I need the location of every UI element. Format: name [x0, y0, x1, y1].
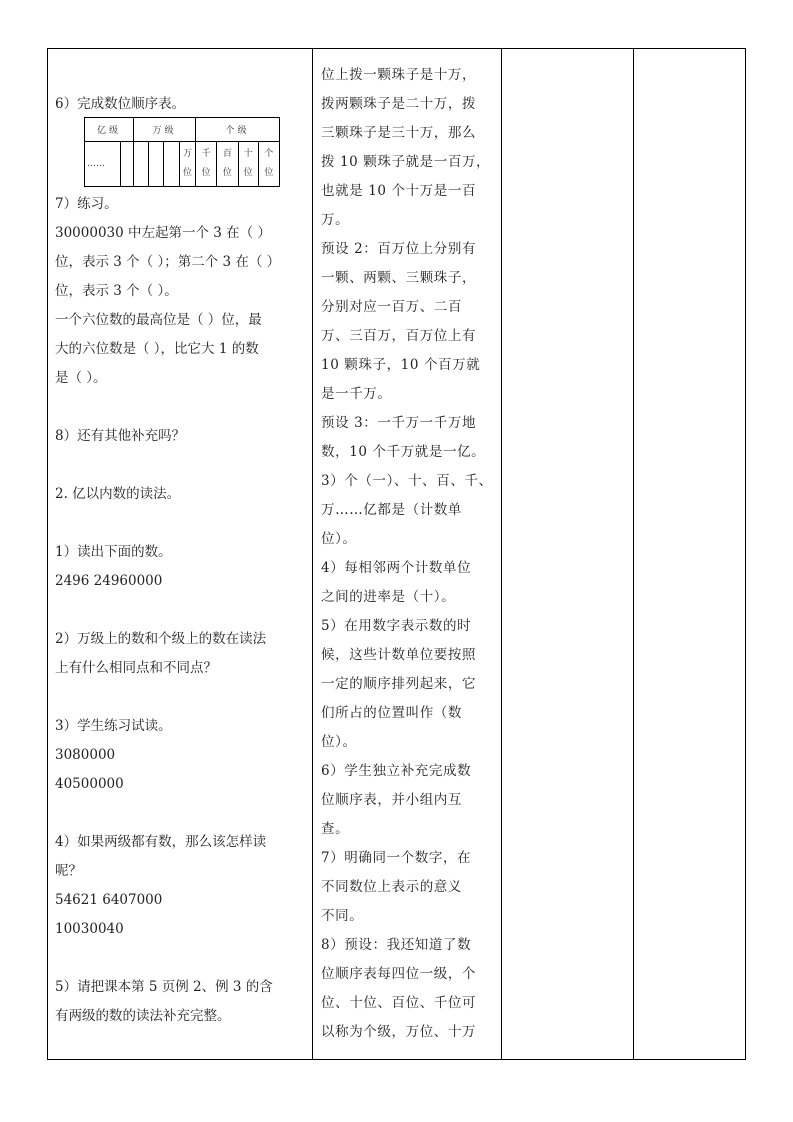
text-line: 4）如果两级都有数，那么该怎样读: [55, 833, 266, 851]
section-heading: 2. 亿以内数的读法。: [55, 485, 180, 503]
text-line: 位）。: [321, 733, 357, 751]
empty-cell: [121, 142, 134, 187]
text-line: 7）明确同一个数字，在: [321, 849, 471, 867]
text-line: 位顺序表每四位一级，个: [321, 965, 476, 983]
text-line: 也就是 10 个十万是一百: [321, 182, 476, 200]
header-wan-ji: 万级: [134, 118, 196, 142]
text-line: 6）完成数位顺序表。: [55, 95, 185, 113]
text-line: 8）还有其他补充吗？: [55, 427, 185, 445]
text-line: 位、十位、百位、千位可: [321, 994, 476, 1012]
text-line: 位顺序表，并小组内互: [321, 791, 462, 809]
text-line: 万、三百万，百万位上有: [321, 327, 476, 345]
design-intent-column: [501, 49, 633, 1059]
text-line: 候，这些计数单位要按照: [321, 646, 476, 664]
teaching-content-column: 6）完成数位顺序表。 亿级 万级 个级 …… 万 位 千 位: [48, 49, 312, 1059]
lesson-plan-table: 6）完成数位顺序表。 亿级 万级 个级 …… 万 位 千 位: [47, 48, 746, 1060]
text-line: 万。: [321, 211, 349, 229]
text-line: 位上拨一颗珠子是十万，: [321, 66, 476, 84]
text-line: 数，10 个千万就是一亿。: [321, 443, 485, 461]
text-line: 2496 24960000: [55, 572, 162, 590]
text-line: 一定的顺序排列起来，它: [321, 675, 476, 693]
text-line: 是（ ）。: [55, 369, 107, 387]
text-line: 3）学生练习试读。: [55, 717, 172, 735]
cell-wan-wei: 万 位: [180, 142, 196, 187]
cell-shi-wei: 十 位: [238, 142, 258, 187]
text-line: 3）个（一）、十、百、千、: [321, 472, 493, 490]
text-line: 位）。: [321, 530, 357, 548]
text-line: 拨 10 颗珠子就是一百万，: [321, 153, 490, 171]
cell-qian-wei: 千 位: [196, 142, 217, 187]
text-line: 54621 6407000: [55, 891, 162, 909]
text-line: 查。: [321, 820, 349, 838]
text-line: 呢？: [55, 862, 82, 880]
text-line: 40500000: [55, 775, 124, 793]
text-line: 位，表示 3 个（ ）；第二个 3 在（ ）: [55, 253, 280, 271]
text-line: 不同。: [321, 907, 363, 925]
empty-cell: [164, 142, 180, 187]
empty-cell: [134, 142, 149, 187]
text-line: 们所占的位置叫作（数: [321, 704, 462, 722]
header-yi-ji: 亿级: [85, 118, 134, 142]
text-line: 2）万级上的数和个级上的数在读法: [55, 630, 266, 648]
text-line: 三颗珠子是三十万，那么: [321, 124, 476, 142]
text-line: 不同数位上表示的意义: [321, 878, 462, 896]
text-line: 位，表示 3 个（ ）。: [55, 282, 178, 300]
text-line: 之间的进率是（十）。: [321, 588, 455, 606]
text-line: 有两级的数的读法补充完整。: [55, 1007, 231, 1025]
empty-cell: [149, 142, 164, 187]
place-value-table: 亿级 万级 个级 …… 万 位 千 位 百: [84, 117, 280, 187]
header-ge-ji: 个级: [196, 118, 280, 142]
cell-bai-wei: 百 位: [217, 142, 238, 187]
cell-ge-wei: 个 位: [258, 142, 279, 187]
text-line: 预设 2：百万位上分别有: [321, 240, 476, 258]
text-line: 一个六位数的最高位是（ ）位，最: [55, 311, 262, 329]
text-line: 10030040: [55, 920, 124, 938]
text-line: 拨两颗珠子是二十万，拨: [321, 95, 476, 113]
text-line: 7）练习。: [55, 195, 118, 213]
text-line: 一颗、两颗、三颗珠子，: [321, 269, 476, 287]
text-line: 5）在用数字表示数的时: [321, 617, 471, 635]
text-line: 分别对应一百万、二百: [321, 298, 462, 316]
text-line: 上有什么相同点和不同点？: [55, 659, 217, 677]
text-line: 大的六位数是（ ），比它大 1 的数: [55, 340, 259, 358]
text-line: 30000030 中左起第一个 3 在（ ）: [55, 224, 271, 242]
text-line: 万……亿都是（计数单: [321, 501, 462, 519]
notes-column: [633, 49, 747, 1059]
text-line: 10 颗珠子，10 个百万就: [321, 356, 480, 374]
text-line: 4）每相邻两个计数单位: [321, 559, 471, 577]
text-line: 以称为个级，万位、十万: [321, 1023, 476, 1041]
text-line: 3080000: [55, 746, 115, 764]
text-line: 6）学生独立补充完成数: [321, 762, 471, 780]
text-line: 是一千万。: [321, 385, 392, 403]
ellipsis-cell: ……: [85, 142, 121, 187]
text-line: 8）预设：我还知道了数: [321, 936, 471, 954]
student-activity-column: 位上拨一颗珠子是十万， 拨两颗珠子是二十万，拨 三颗珠子是三十万，那么 拨 10…: [312, 49, 501, 1059]
text-line: 5）请把课本第 5 页例 2、例 3 的含: [55, 978, 273, 996]
text-line: 预设 3：一千万一千万地: [321, 414, 476, 432]
text-line: 1）读出下面的数。: [55, 543, 172, 561]
